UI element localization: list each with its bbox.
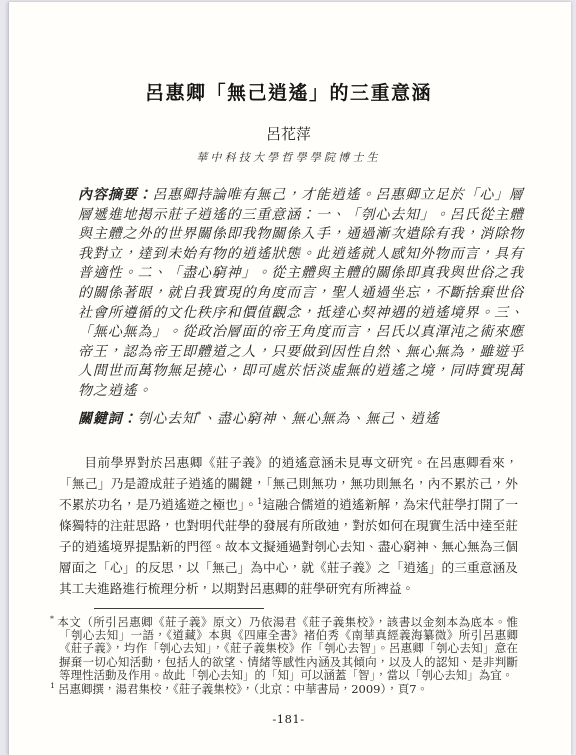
keywords-rest: 、盡心窮神、無心無為、無己、逍遙	[202, 411, 440, 427]
page-number: -181-	[59, 712, 518, 726]
footnote-item: 1呂惠卿撰，湯君集校，《莊子義集校》，（北京：中華書局，2009），頁7。	[50, 683, 518, 696]
abstract-label: 內容摘要：	[78, 187, 152, 203]
paper-author: 呂花萍	[59, 125, 518, 144]
scanned-page-background: 呂惠卿「無己逍遙」的三重意涵 呂花萍 華中科技大學哲學學院博士生 內容摘要：呂惠…	[0, 0, 576, 755]
keywords-label: 關鍵詞：	[78, 411, 137, 427]
author-affiliation: 華中科技大學哲學學院博士生	[59, 150, 518, 165]
page-content: 呂惠卿「無己逍遙」的三重意涵 呂花萍 華中科技大學哲學學院博士生 內容摘要：呂惠…	[9, 81, 571, 726]
footnote-area: *本文（所引呂惠卿《莊子義》原文）乃依湯君《莊子義集校》，該書以金刻本為底本。惟…	[50, 616, 518, 696]
footnote-item: *本文（所引呂惠卿《莊子義》原文）乃依湯君《莊子義集校》，該書以金刻本為底本。惟…	[50, 616, 518, 683]
footnote-separator	[94, 608, 264, 609]
abstract-paragraph: 內容摘要：呂惠卿持論唯有無己，才能逍遙。呂惠卿立足於「心」層層遞進地揭示莊子逍遙…	[78, 186, 524, 402]
paper-title: 呂惠卿「無己逍遙」的三重意涵	[59, 81, 518, 106]
body-paragraph: 目前學界對於呂惠卿《莊子義》的逍遙意涵未見專文研究。在呂惠卿看來，「無己」乃是證…	[59, 452, 518, 599]
abstract-text: 呂惠卿持論唯有無己，才能逍遙。呂惠卿立足於「心」層層遞進地揭示莊子逍遙的三重意涵…	[78, 187, 524, 399]
footnote-marker: *	[50, 614, 57, 623]
paper-page: 呂惠卿「無己逍遙」的三重意涵 呂花萍 華中科技大學哲學學院博士生 內容摘要：呂惠…	[8, 2, 571, 755]
footnote-text: 呂惠卿撰，湯君集校，《莊子義集校》，（北京：中華書局，2009），頁7。	[58, 682, 428, 696]
footnote-marker: 1	[50, 681, 58, 690]
footnote-text: 本文（所引呂惠卿《莊子義》原文）乃依湯君《莊子義集校》，該書以金刻本為底本。惟「…	[57, 615, 518, 683]
keyword-first: 刳心去知	[137, 411, 196, 427]
keywords-line: 關鍵詞：刳心去知*、盡心窮神、無心無為、無己、逍遙	[78, 409, 524, 429]
